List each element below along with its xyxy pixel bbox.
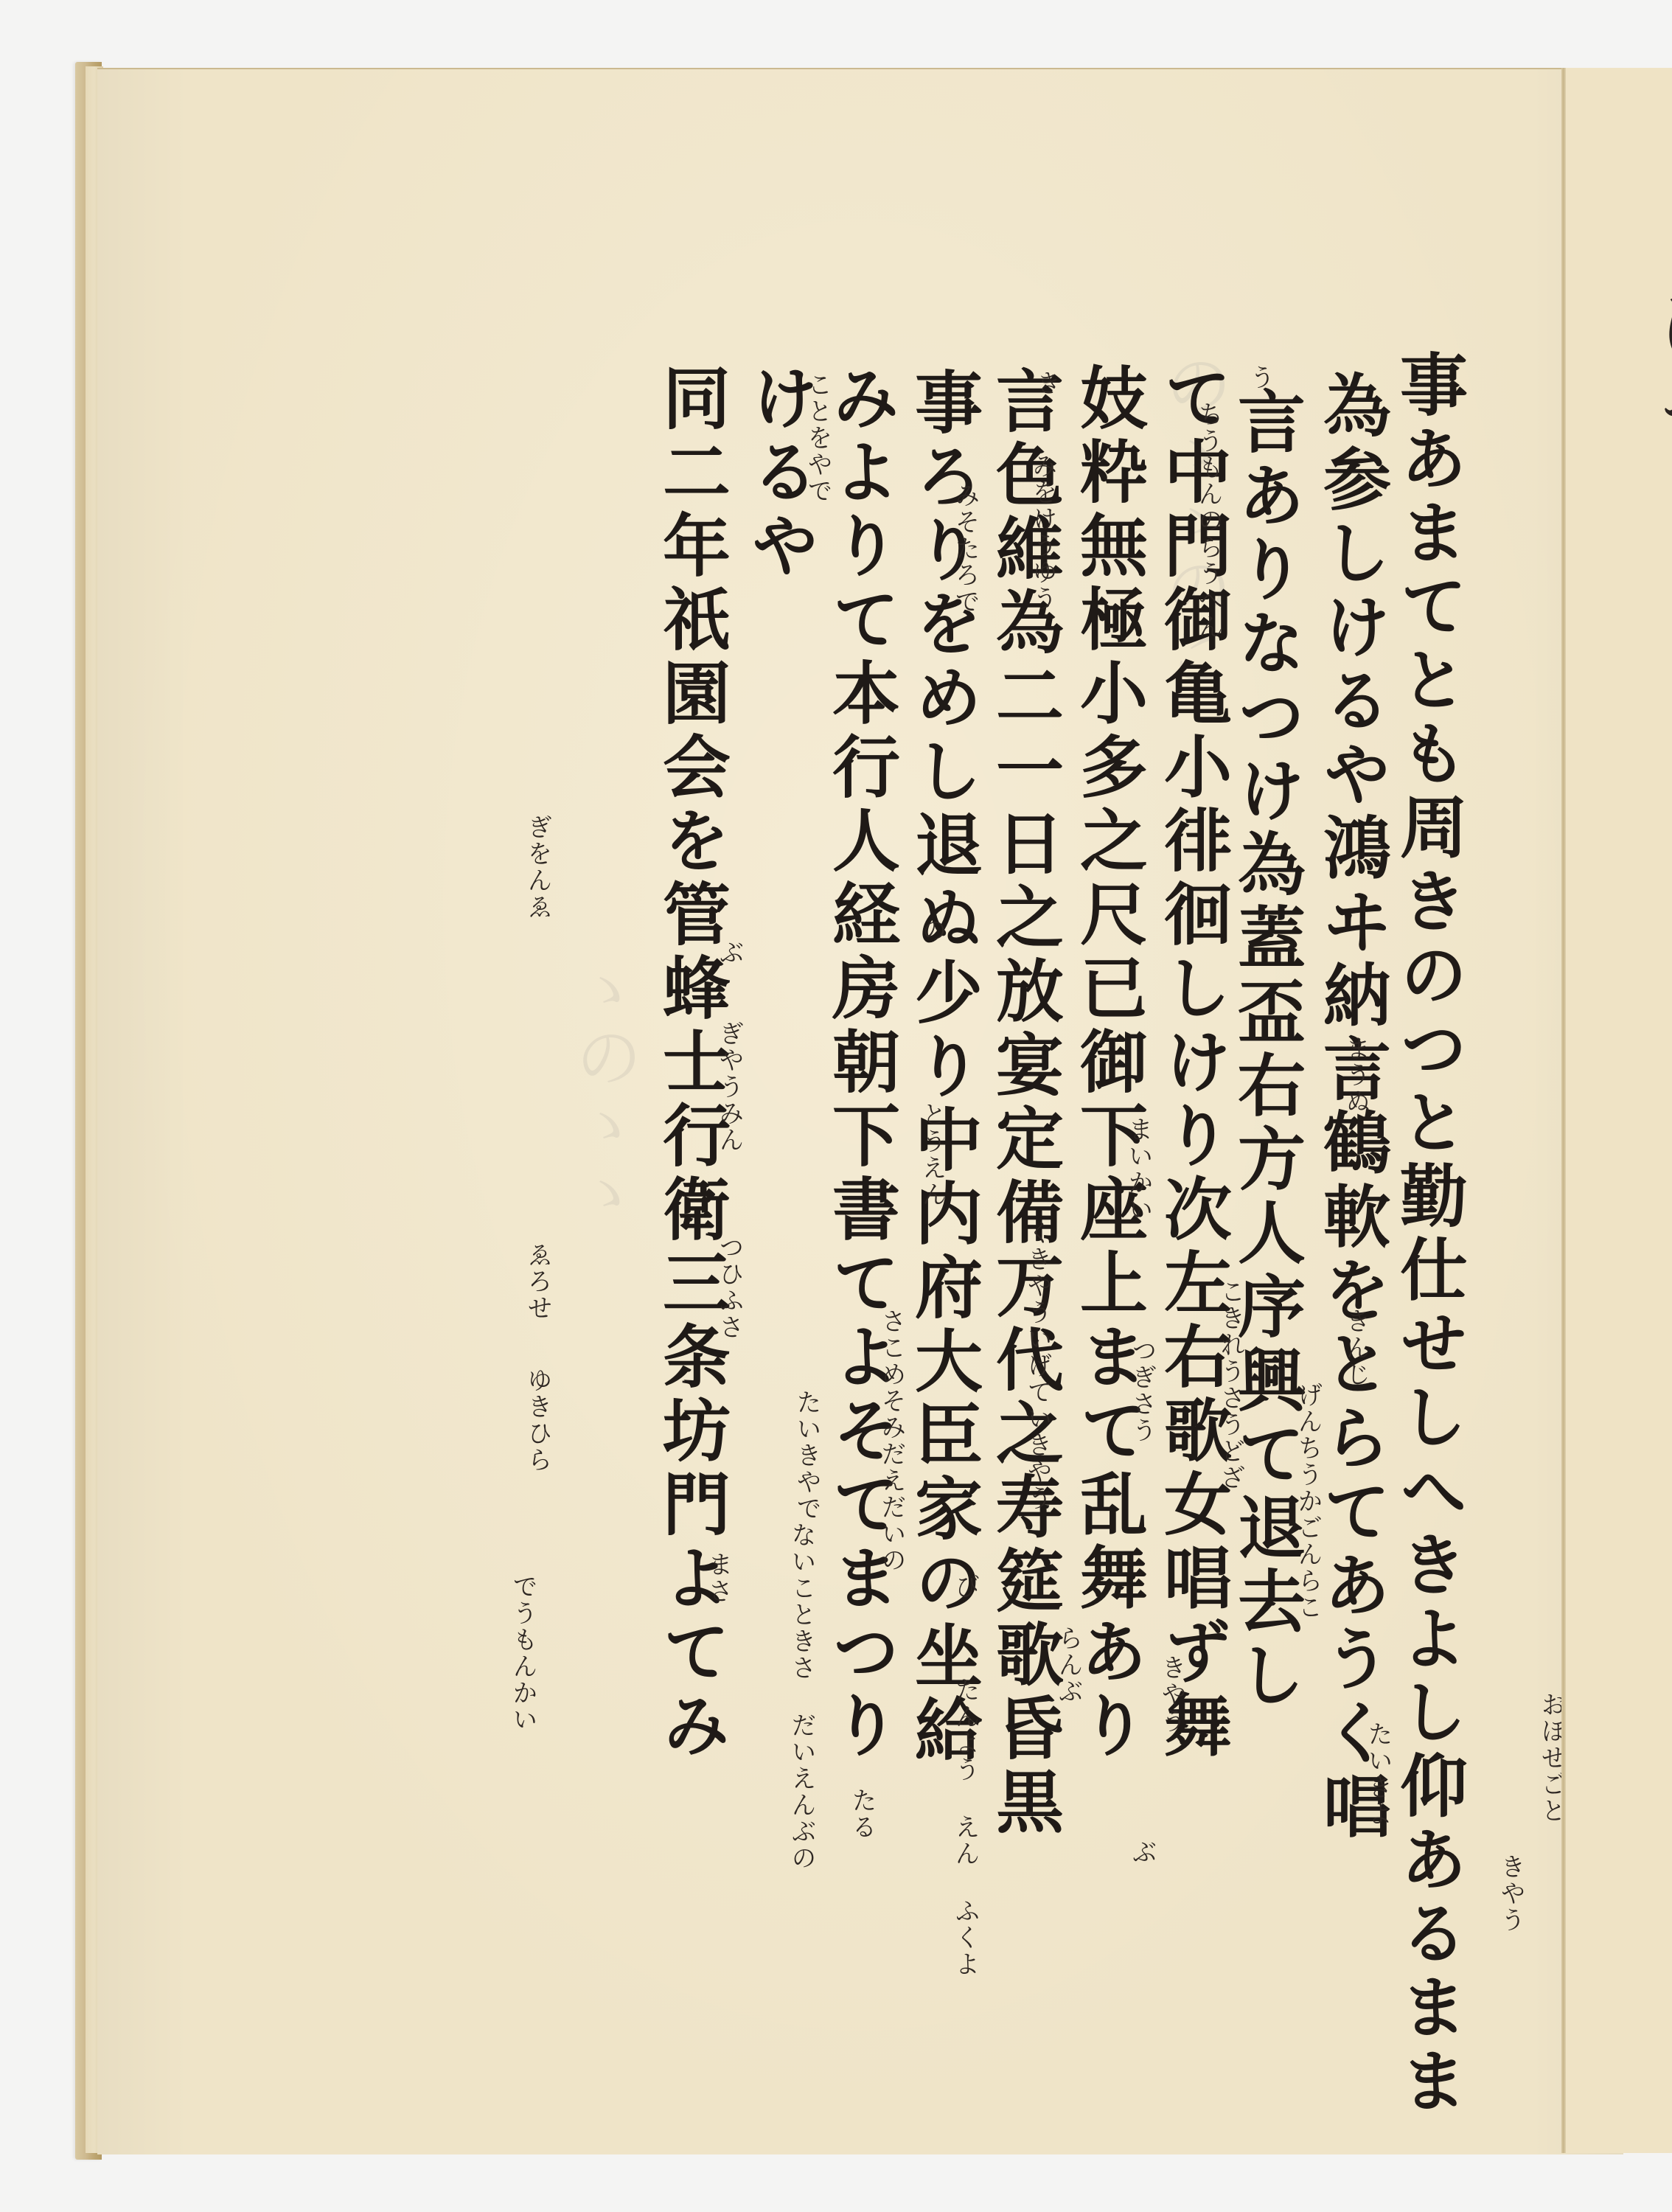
furigana: つぎさう xyxy=(1129,1338,1154,1444)
text-column-1: 事あまてとも周きのつと勤仕せしへきよし仰あるまま xyxy=(1395,349,1463,2119)
furigana: おほせごと xyxy=(1539,1691,1564,1824)
furigana: ゆきひら xyxy=(525,1367,550,1473)
furigana: ちうもんのらうへん xyxy=(1196,401,1221,640)
furigana: ぶ xyxy=(717,939,742,966)
furigana: つひふさ xyxy=(717,1234,742,1340)
furigana: げんちうかごんらこ xyxy=(1295,1382,1320,1621)
furigana: らんぶ xyxy=(1056,1625,1081,1705)
furigana: の xyxy=(919,917,944,944)
furigana: ないこときさ だいえんぶの xyxy=(789,1522,814,1871)
furigana: たいきやで xyxy=(794,1389,819,1522)
furigana: みそたろで xyxy=(952,482,978,615)
furigana: さこめそみだえだいの xyxy=(879,1308,904,1573)
furigana: きんじ xyxy=(1343,1308,1368,1388)
furigana: たる xyxy=(849,1787,874,1840)
furigana: き xyxy=(1034,370,1059,397)
ink-bleed-through: ゝのゝゝ xyxy=(554,954,652,1225)
furigana: たんよう えん ふくよ xyxy=(952,1677,978,1978)
furigana: でうもんかい xyxy=(510,1573,535,1733)
furigana: きやう xyxy=(1159,1655,1184,1734)
furigana: くきやういげていきやう xyxy=(1025,1220,1050,1512)
text-column-5: 妓粋無極小多之尺已御下座上まて乱舞あり xyxy=(1075,363,1143,1764)
furigana: とうえん xyxy=(919,1102,944,1208)
furigana: ぶ xyxy=(1129,1839,1154,1865)
furigana: ぎやうみん xyxy=(717,1020,742,1153)
text-column-3: 言ありなつけ為蓋盃右方人序興て退去し xyxy=(1233,386,1300,1714)
furigana: ぎをんゑ xyxy=(525,814,550,920)
furigana: う xyxy=(1247,364,1272,391)
furigana: ことをやで xyxy=(805,372,830,504)
page: のゝゝのこ ゝのゝゝ 事あまてとも周きのつと勤仕せしへきよし仰あるまま 為参しけ… xyxy=(97,68,1623,2154)
furigana: まさ xyxy=(706,1551,731,1604)
furigana: みをけうゆう xyxy=(1030,453,1055,612)
furigana: きやう xyxy=(1498,1854,1523,1933)
furigana: び xyxy=(952,1573,978,1600)
facing-page-edge: はへくもくし xyxy=(1566,68,1672,2153)
furigana: ゑろせ xyxy=(525,1242,550,1321)
furigana: こきれうさうどざ xyxy=(1218,1279,1243,1491)
furigana: たいきよ xyxy=(1365,1721,1390,1827)
book: のゝゝのこ ゝのゝゝ 事あまてとも周きのつと勤仕せしへきよし仰あるまま 為参しけ… xyxy=(75,62,1672,2160)
furigana: まいかい xyxy=(1126,1116,1151,1222)
facing-page-text-fragment: はへくもくし xyxy=(1654,289,1672,793)
furigana: まうぬ xyxy=(1343,1035,1368,1115)
